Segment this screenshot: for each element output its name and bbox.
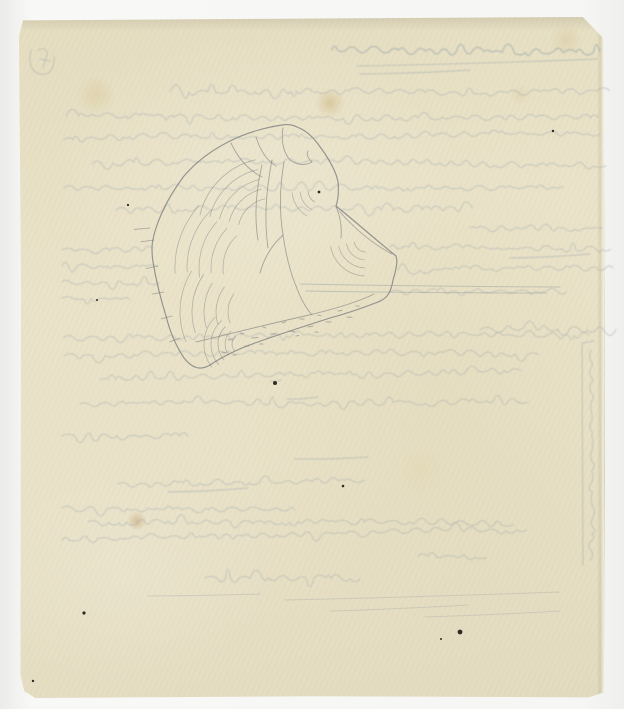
paper-sheet xyxy=(19,17,605,698)
paper-stain xyxy=(315,88,345,118)
paper-stain xyxy=(394,444,446,496)
paper-stain xyxy=(509,84,531,106)
paper-top-edge-shading xyxy=(19,17,605,31)
scan-background xyxy=(0,0,624,709)
paper-right-edge-fold xyxy=(597,17,605,698)
paper-stain xyxy=(76,75,116,115)
paper-stain xyxy=(127,511,147,531)
